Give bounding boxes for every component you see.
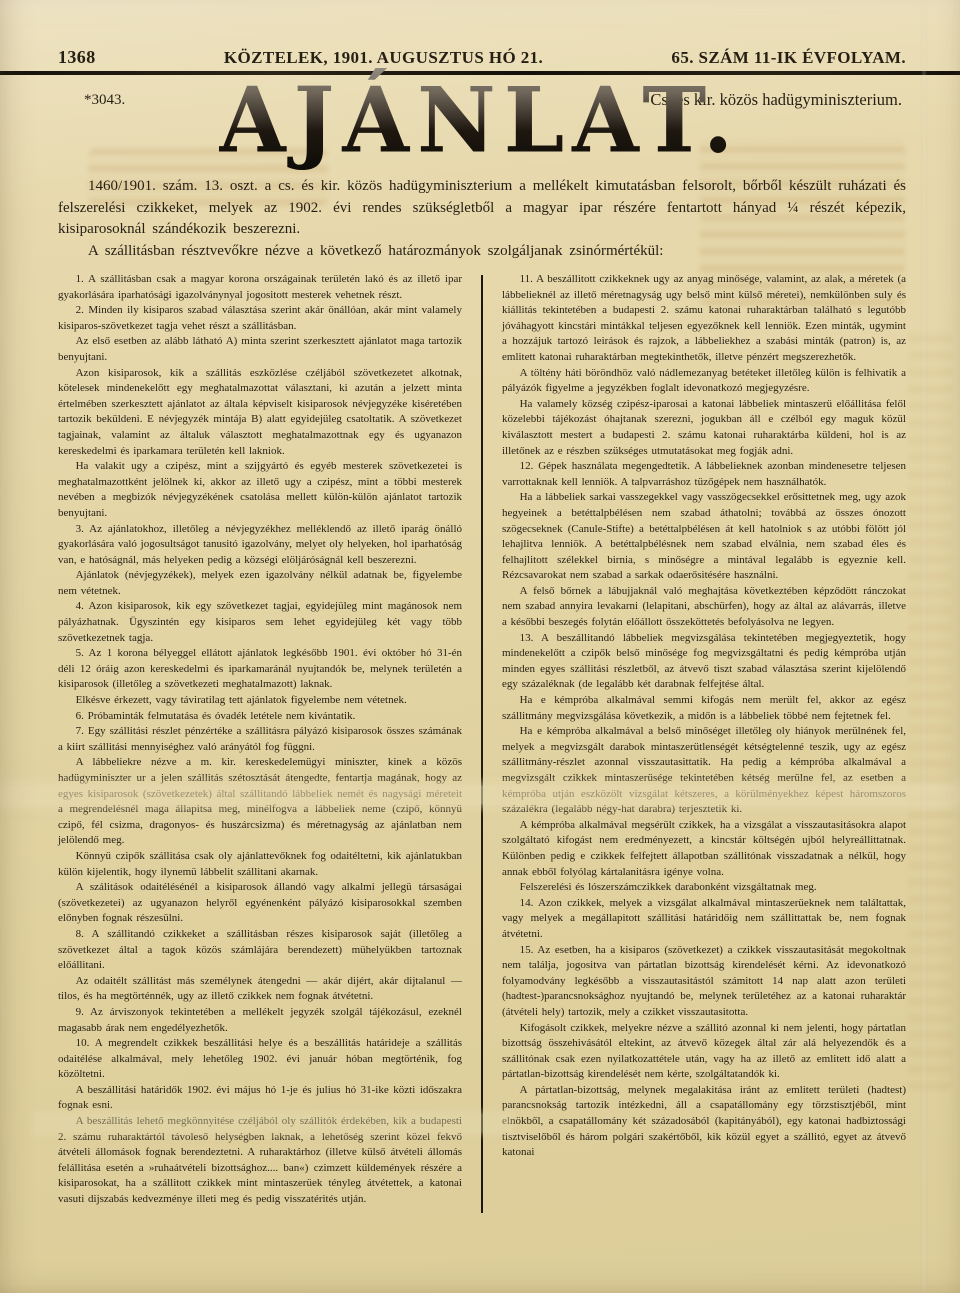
column-paragraph: Ha valamely község czipész-iparosai a ka…: [502, 397, 906, 459]
column-paragraph: A beszállitási határidők 1902. évi május…: [58, 1083, 462, 1114]
page-number: 1368: [58, 47, 96, 68]
column-paragraph: 15. Az esetben, ha a kisiparos (szövetke…: [502, 943, 906, 1021]
column-paragraph: Könnyü czipők szállitása csak oly ajánla…: [58, 849, 462, 880]
column-paragraph: 11. A beszállitott czikkeknek ugy az any…: [502, 272, 906, 366]
column-paragraph: 14. Azon czikkek, melyek a vizsgálat alk…: [502, 896, 906, 943]
column-paragraph: 13. A beszállitandó lábbeliek megvizsgál…: [502, 631, 906, 693]
column-paragraph: 12. Gépek használata megengedtetik. A lá…: [502, 459, 906, 490]
column-paragraph: A töltény háti böröndhöz való nádlemezan…: [502, 366, 906, 397]
column-paragraph: A lábbeliekre nézve a m. kir. kereskedel…: [58, 755, 462, 849]
column-paragraph: 9. Az árviszonyok tekintetében a melléke…: [58, 1005, 462, 1036]
column-paragraph: A felső bőrnek a lábujjaknál való meghaj…: [502, 584, 906, 631]
paper-crease: [922, 0, 926, 1293]
intro-paragraph: 1460/1901. szám. 13. oszt. a cs. és kir.…: [58, 176, 906, 241]
document-title: AJÁNLAT.: [0, 76, 960, 166]
column-paragraph: Ha valakit ugy a czipész, mint a szijgyá…: [58, 459, 462, 521]
column-paragraph: A kémpróba alkalmával megsérült czikkek,…: [502, 818, 906, 880]
column-paragraph: A szálitások odaitélésénél a kisiparosok…: [58, 880, 462, 927]
column-paragraph: Azon kisiparosok, kik a szállitás eszköz…: [58, 366, 462, 460]
column-paragraph: 10. A megrendelt czikkek beszállitási he…: [58, 1036, 462, 1083]
column-paragraph: A pártatlan-bizottság, melynek megalakit…: [502, 1083, 906, 1161]
column-paragraph: Elkésve érkezett, vagy táviratilag tett …: [58, 693, 462, 709]
column-paragraph: 4. Azon kisiparosok, kik egy szövetkezet…: [58, 599, 462, 646]
column-paragraph: Ha a lábbeliek sarkai vasszegekkel vagy …: [502, 490, 906, 584]
column-paragraph: Az első esetben az alább látható A) mint…: [58, 334, 462, 365]
column-paragraph: 2. Minden ily kisiparos szabad választás…: [58, 303, 462, 334]
left-column: 1. A szállitásban csak a magyar korona o…: [58, 272, 462, 1213]
column-paragraph: Felszerelési és lószerszámczikkek darabo…: [502, 880, 906, 896]
column-divider-rule: [481, 275, 483, 1213]
right-column: 11. A beszállitott czikkeknek ugy az any…: [502, 272, 906, 1213]
ink-bleedthrough: [908, 330, 952, 1090]
column-paragraph: Ha e kémpróba alkalmával semmi kifogás n…: [502, 693, 906, 724]
two-column-body: 1. A szállitásban csak a magyar korona o…: [58, 272, 906, 1213]
column-paragraph: A beszállitás lehető megkönnyitése czélj…: [58, 1114, 462, 1208]
column-paragraph: 5. Az 1 korona bélyeggel ellátott ajánla…: [58, 646, 462, 693]
issue-volume: 65. SZÁM 11-IK ÉVFOLYAM.: [671, 48, 906, 68]
journal-name-date: KÖZTELEK, 1901. AUGUSZTUS HÓ 21.: [224, 48, 543, 68]
column-paragraph: Kifogásolt czikkek, melyekre nézve a szá…: [502, 1021, 906, 1083]
column-paragraph: Ha e kémpróba alkalmával a belső minőség…: [502, 724, 906, 818]
page-header: 1368 KÖZTELEK, 1901. AUGUSZTUS HÓ 21. 65…: [58, 47, 906, 68]
intro-section: 1460/1901. szám. 13. oszt. a cs. és kir.…: [58, 176, 906, 262]
column-paragraph: Ajánlatok (névjegyzékek), melyek ezen ig…: [58, 568, 462, 599]
column-paragraph: Az odaitélt szállitást más személynek át…: [58, 974, 462, 1005]
column-paragraph: 7. Egy szállitási részlet pénzértéke a s…: [58, 724, 462, 755]
intro-paragraph: A szállitásban résztvevőkre nézve a köve…: [58, 241, 906, 263]
column-paragraph: 6. Próbaminták felmutatása és óvadék let…: [58, 709, 462, 725]
column-paragraph: 8. A szállitandó czikkeket a szállitásba…: [58, 927, 462, 974]
column-paragraph: 3. Az ajánlatokhoz, illetőleg a névjegyz…: [58, 522, 462, 569]
column-paragraph: 1. A szállitásban csak a magyar korona o…: [58, 272, 462, 303]
